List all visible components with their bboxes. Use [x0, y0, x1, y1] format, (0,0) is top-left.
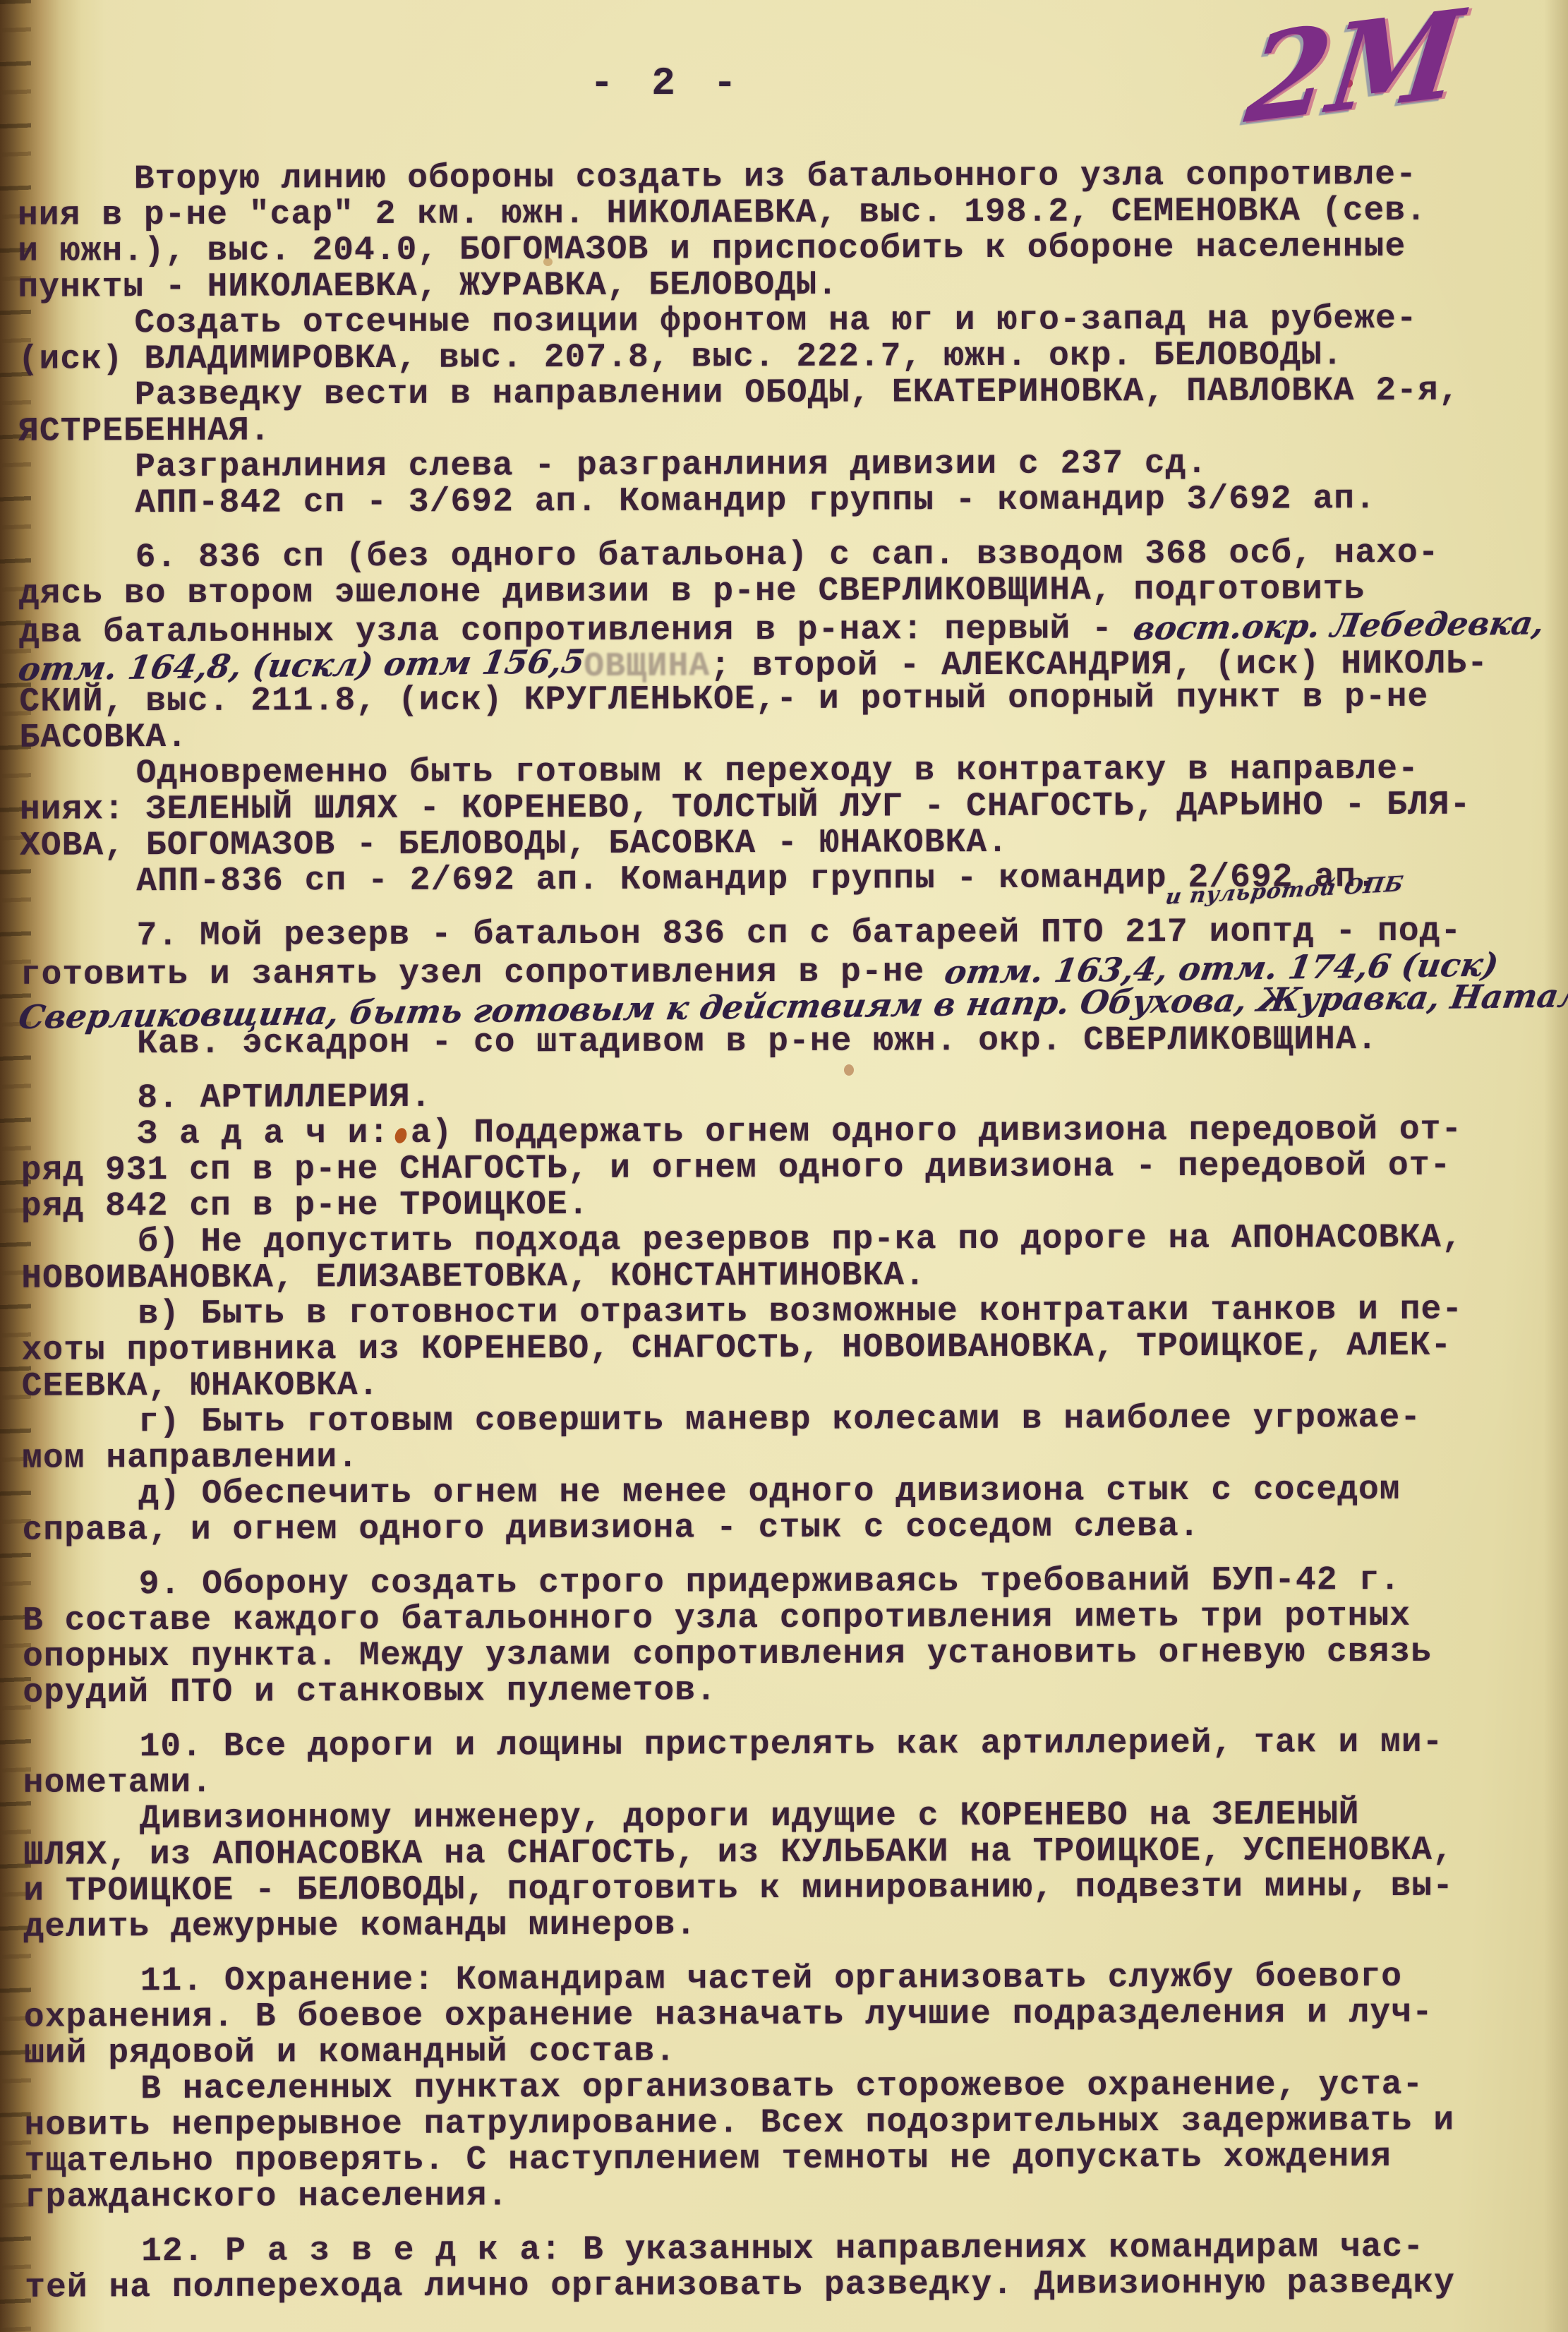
- typed-text: - под-: [1315, 913, 1462, 951]
- typed-text: ХОВА, БОГОМАЗОВ - БЕЛОВОДЫ, БАСОВКА - ЮН…: [20, 824, 1008, 865]
- typed-text: и южн.), выс. 204.0, БОГОМАЗОВ и приспос…: [18, 228, 1406, 271]
- text-line: ЯСТРЕБЕННАЯ.: [18, 409, 1547, 450]
- text-line: Разведку вести в направлении ОБОДЫ, ЕКАТ…: [18, 373, 1547, 414]
- paragraph: 7. Мой резерв - батальон 836 сп с батаре…: [20, 913, 1549, 1027]
- text-line: г) Быть готовым совершить маневр колесам…: [22, 1400, 1550, 1441]
- typed-text: ЯСТРЕБЕННАЯ.: [18, 412, 271, 451]
- paragraph: 11. Охранение: Командирам частей организ…: [24, 1959, 1553, 2072]
- typed-text: иоптди пульротой ОПБ: [1209, 913, 1314, 951]
- document-text-block: Вторую линию обороны создать из батальон…: [18, 157, 1554, 2307]
- typed-text: ший рядовой и командный состав.: [24, 2033, 676, 2073]
- typed-text: дясь во втором эшелоне дивизии в р-не СВ…: [19, 570, 1365, 613]
- scanned-page: - 2 - 2М Вторую линию обороны создать из…: [0, 0, 1568, 2332]
- text-line: тщательно проверять. С наступлением темн…: [25, 2139, 1553, 2180]
- handwritten-corner-mark: 2М: [1241, 0, 1469, 140]
- typed-text: ряд 931 сп в р-не СНАГОСТЬ, и огнем одно…: [21, 1147, 1452, 1190]
- typed-text: 8. АРТИЛЛЕРИЯ.: [137, 1078, 431, 1117]
- typed-text: НОВОИВАНОВКА, ЕЛИЗАВЕТОВКА, КОНСТАНТИНОВ…: [21, 1256, 926, 1297]
- typed-text: БАСОВКА.: [19, 719, 188, 757]
- text-line: опорных пункта. Между узлами сопротивлен…: [23, 1634, 1551, 1676]
- typed-text: хоты противника из КОРЕНЕВО, СНАГОСТЬ, Н…: [21, 1327, 1452, 1370]
- typed-text: 10. Все дороги и лощины пристрелять как …: [139, 1724, 1443, 1766]
- text-line: ниях: ЗЕЛЕНЫЙ ШЛЯХ - КОРЕНЕВО, ТОЛСТЫЙ Л…: [20, 787, 1548, 829]
- typed-text: ниях: ЗЕЛЕНЫЙ ШЛЯХ - КОРЕНЕВО, ТОЛСТЫЙ Л…: [20, 786, 1471, 829]
- typed-text: орудий ПТО и станковых пулеметов.: [23, 1671, 717, 1712]
- typed-text: делить дежурные команды минеров.: [23, 1906, 696, 1946]
- typed-text: опорных пункта. Между узлами сопротивлен…: [23, 1633, 1432, 1676]
- text-line: охранения. В боевое охранение назначать …: [24, 1995, 1552, 2036]
- text-line: АПП-842 сп - 3/692 ап. Командир группы -…: [18, 481, 1547, 522]
- typed-text: ряд 842 сп в р-не ТРОИЦКОЕ.: [21, 1186, 589, 1226]
- paragraph: Одновременно быть готовым к переходу в к…: [20, 751, 1549, 865]
- paragraph: б) Не допустить подхода резервов пр-ка п…: [21, 1220, 1550, 1297]
- paragraph: Дивизионному инженеру, дороги идущие с К…: [23, 1796, 1552, 1946]
- typed-text: г) Быть готовым совершить маневр колесам…: [138, 1399, 1421, 1441]
- typed-text: СЕЕВКА, ЮНАКОВКА.: [22, 1366, 380, 1406]
- page-number: - 2 -: [590, 61, 744, 106]
- typed-text: д) Обеспечить огнем не менее одного диви…: [138, 1471, 1400, 1513]
- typed-text: б) Не допустить подхода резервов пр-ка п…: [138, 1219, 1463, 1262]
- handwritten-text: отм. 164,8, (искл) отм 156,5: [16, 644, 587, 687]
- text-line: б) Не допустить подхода резервов пр-ка п…: [21, 1220, 1550, 1261]
- typed-text: гражданского населения.: [25, 2177, 509, 2216]
- typed-text: тщательно проверять. С наступлением темн…: [24, 2138, 1391, 2181]
- typed-text: тей на полперехода лично организовать ра…: [25, 2264, 1455, 2307]
- typed-text: и ТРОИЦКОЕ - БЕЛОВОДЫ, подготовить к мин…: [23, 1868, 1454, 1911]
- typed-text: пункты - НИКОЛАЕВКА, ЖУРАВКА, БЕЛОВОДЫ.: [18, 266, 838, 307]
- paragraph: в) Быть в готовности отразить возможные …: [21, 1292, 1550, 1405]
- paragraph: д) Обеспечить огнем не менее одного диви…: [22, 1472, 1550, 1549]
- text-line: тей на полперехода лично организовать ра…: [25, 2265, 1553, 2307]
- paragraph: Создать отсечные позиции фронтом на юг и…: [18, 301, 1546, 378]
- smudged-text: ОВЩИНА: [584, 647, 710, 686]
- paragraph: Вторую линию обороны создать из батальон…: [18, 157, 1547, 306]
- typed-text: охранения. В боевое охранение назначать …: [24, 1994, 1433, 2037]
- text-line: СКИЙ, выс. 211.8, (иск) КРУГЛЕНЬКОЕ,- и …: [19, 679, 1548, 721]
- text-line: и ТРОИЦКОЕ - БЕЛОВОДЫ, подготовить к мин…: [23, 1868, 1552, 1910]
- handwritten-text: вост.окр. Лебедевка,: [1130, 605, 1547, 647]
- paragraph: Разведку вести в направлении ОБОДЫ, ЕКАТ…: [18, 373, 1547, 450]
- paragraph: В населенных пунктах организовать сторож…: [24, 2067, 1553, 2216]
- typed-text: АПП-842 сп - 3/692 ап. Командир группы -…: [135, 480, 1376, 522]
- typed-text: мом направлении.: [22, 1438, 358, 1478]
- paragraph: г) Быть готовым совершить маневр колесам…: [22, 1400, 1550, 1477]
- typed-text: нометами.: [23, 1764, 212, 1803]
- typed-text: справа, и огнем одного дивизиона - стык …: [22, 1508, 1200, 1550]
- text-line: гражданского населения.: [25, 2175, 1553, 2216]
- text-line: хоты противника из КОРЕНЕВО, СНАГОСТЬ, Н…: [21, 1328, 1550, 1369]
- paragraph: 12. Р а з в е д к а: В указанных направл…: [25, 2229, 1553, 2307]
- paragraph: АПП-842 сп - 3/692 ап. Командир группы -…: [18, 481, 1547, 522]
- text-line: 10. Все дороги и лощины пристрелять как …: [23, 1724, 1551, 1766]
- typed-text: Разгранлиния слева - разгранлиния дивизи…: [135, 445, 1207, 486]
- typed-text: Разведку вести в направлении ОБОДЫ, ЕКАТ…: [135, 372, 1460, 415]
- text-line: два батальонных узла сопротивления в р-н…: [19, 607, 1548, 649]
- paragraph: 10. Все дороги и лощины пристрелять как …: [23, 1724, 1551, 1802]
- text-line: ряд 931 сп в р-не СНАГОСТЬ, и огнем одно…: [21, 1148, 1550, 1189]
- text-line: и южн.), выс. 204.0, БОГОМАЗОВ и приспос…: [18, 229, 1546, 270]
- typed-text: 7. Мой резерв - батальон 836 сп с батаре…: [136, 913, 1209, 955]
- paragraph: 6. 836 сп (без одного батальона) с сап. …: [19, 535, 1548, 757]
- paragraph: З а д а ч и: а) Поддержать огнем одного …: [20, 1112, 1550, 1225]
- text-line: справа, и огнем одного дивизиона - стык …: [22, 1508, 1550, 1549]
- text-line: д) Обеспечить огнем не менее одного диви…: [22, 1472, 1550, 1513]
- paragraph: 9. Оборону создать строго придерживаясь …: [23, 1562, 1552, 1712]
- text-line: орудий ПТО и станковых пулеметов.: [23, 1670, 1551, 1712]
- text-line: делить дежурные команды минеров.: [23, 1904, 1552, 1946]
